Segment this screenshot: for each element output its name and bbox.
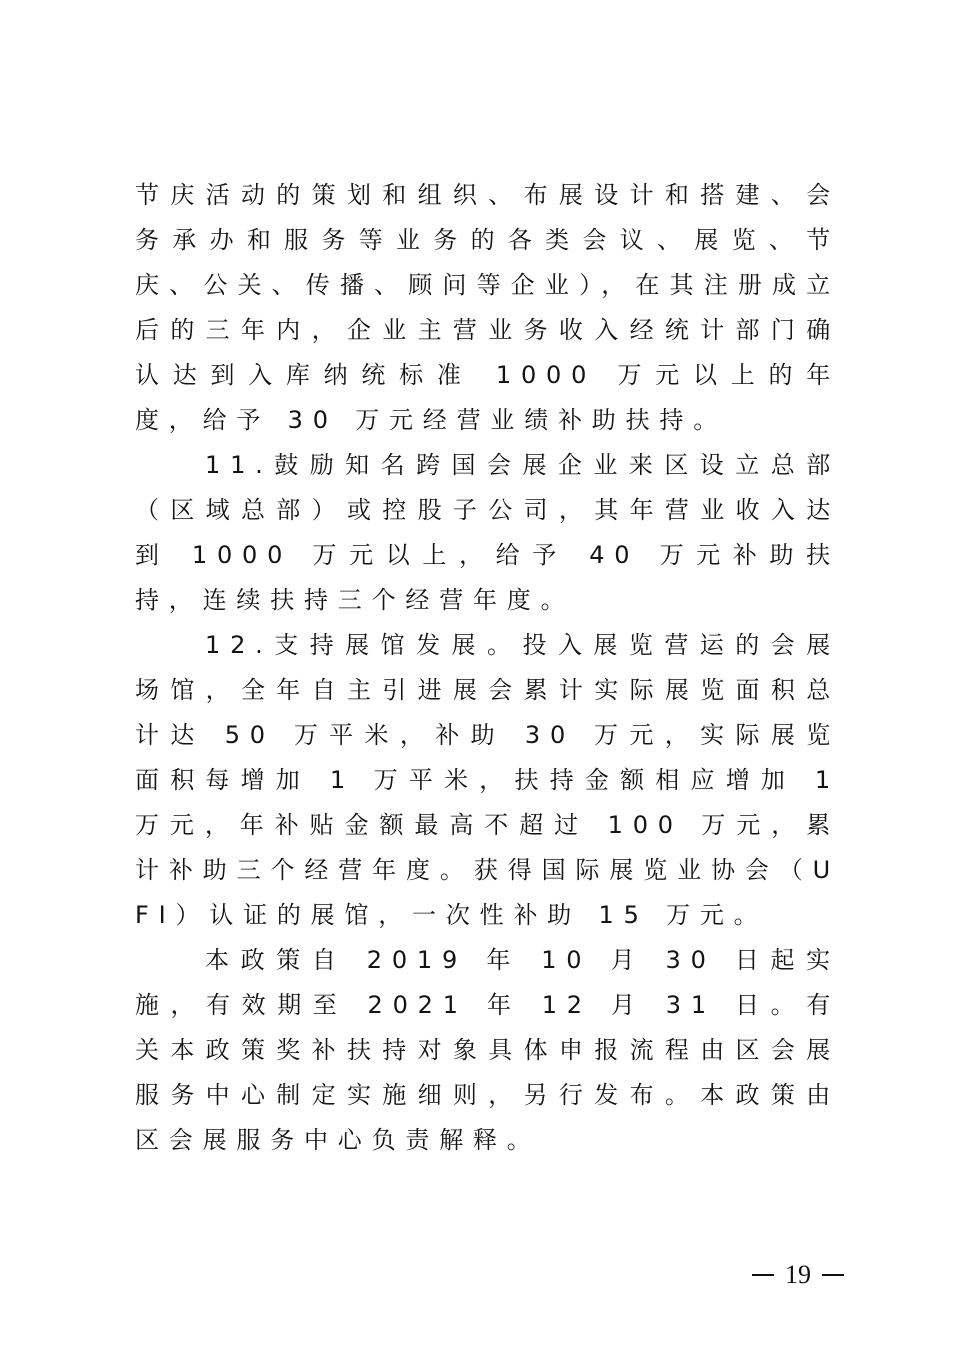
- page-number-right-dash: [822, 1274, 844, 1276]
- paragraph-item-12: 12.支持展馆发展。投入展览营运的会展场馆，全年自主引进展会累计实际展览面积总计…: [135, 623, 840, 938]
- page-number-left-dash: [752, 1274, 774, 1276]
- page-number-value: 19: [785, 1260, 811, 1290]
- document-body: 节庆活动的策划和组织、布展设计和搭建、会务承办和服务等业务的各类会议、展览、节庆…: [135, 173, 840, 1163]
- document-page: 节庆活动的策划和组织、布展设计和搭建、会务承办和服务等业务的各类会议、展览、节庆…: [0, 0, 960, 1359]
- paragraph-item-11: 11.鼓励知名跨国会展企业来区设立总部（区域总部）或控股子公司，其年营业收入达到…: [135, 443, 840, 623]
- page-number: 19: [752, 1260, 844, 1290]
- paragraph-continuation: 节庆活动的策划和组织、布展设计和搭建、会务承办和服务等业务的各类会议、展览、节庆…: [135, 173, 840, 443]
- paragraph-effective-period: 本政策自 2019 年 10 月 30 日起实施，有效期至 2021 年 12 …: [135, 938, 840, 1163]
